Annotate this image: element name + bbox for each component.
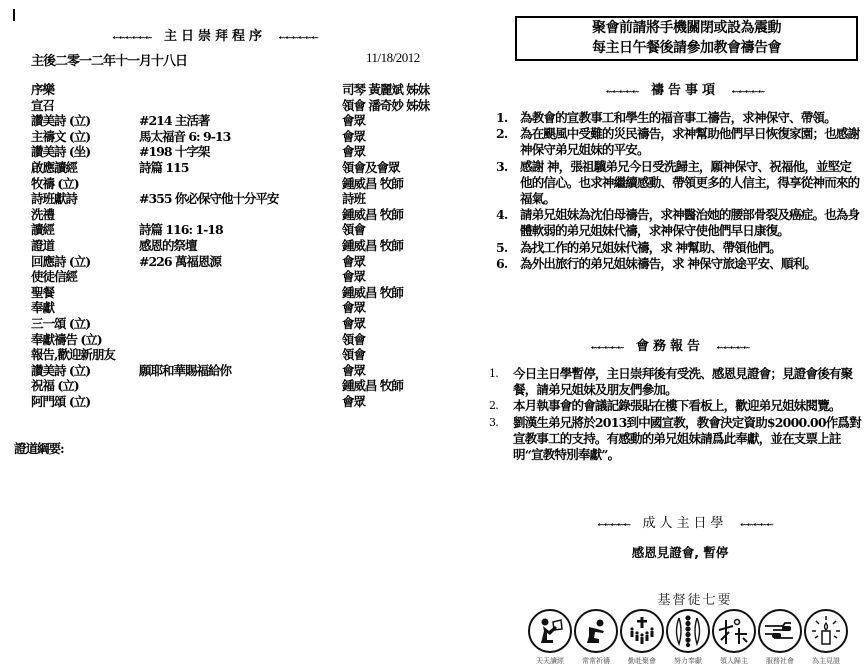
program-row: 奉獻會眾	[31, 300, 451, 316]
program-item: 證道	[31, 238, 54, 254]
item-text: 為找工作的弟兄姐妹代禱，求 神幫助、帶領他們。	[520, 240, 781, 255]
ornament-right: ⇜⇜⇜⇜⇜⇜	[279, 35, 318, 42]
worship-order-title: 主日崇拜程序	[164, 29, 266, 44]
program-leader: 鍾威昌 牧師	[342, 176, 403, 192]
seven-essentials-icons	[528, 609, 848, 653]
program-leader: 鍾威昌 牧師	[342, 378, 403, 394]
item-number: 2.	[489, 398, 498, 414]
church-affairs-list: 1.今日主日學暫停，主日崇拜後有受洗、感恩見證會；見證會後有聚餐，請弟兄姐妹及朋…	[489, 366, 861, 463]
worship-order-heading: ⇜⇜⇜⇜⇜⇜ 主日崇拜程序 ⇜⇜⇜⇜⇜⇜	[85, 25, 345, 44]
program-leader: 會眾	[342, 113, 365, 129]
program-item: 讚美詩 (立)	[31, 363, 90, 379]
program-item: 聖餐	[31, 285, 54, 301]
prayer-item: 4.請弟兄姐妹為沈伯母禱告，求神醫治她的腰部骨裂及癌症。也為身體軟弱的弟兄姐妹代…	[496, 207, 860, 239]
program-detail: #214 主活著	[139, 113, 209, 129]
evangelism-icon	[712, 609, 756, 653]
worship-program: 序樂司琴 黃麗斌 姊妹 宣召領會 潘奇妙 姊妹 讚美詩 (立)#214 主活著會…	[31, 82, 451, 409]
program-leader: 會眾	[342, 363, 365, 379]
program-item: 啟應讀經	[31, 160, 77, 176]
sermon-notes-label: 證道綱要:	[14, 439, 64, 457]
program-leader: 詩班	[342, 191, 365, 207]
program-leader: 領會	[342, 222, 365, 238]
program-item: 牧禱 (立)	[31, 176, 79, 192]
program-leader: 司琴 黃麗斌 姊妹	[342, 82, 429, 98]
program-item: 奉獻	[31, 300, 54, 316]
text-cursor	[13, 9, 15, 21]
program-leader: 鍾威昌 牧師	[342, 207, 403, 223]
program-row: 詩班獻詩#355 你必保守他十分平安詩班	[31, 191, 451, 207]
item-number: 1.	[496, 110, 507, 126]
item-text: 今日主日學暫停，主日崇拜後有受洗、感恩見證會；見證會後有聚餐，請弟兄姐妹及朋友們…	[513, 366, 852, 397]
program-row: 回應詩 (立)#226 萬福恩源會眾	[31, 254, 451, 270]
item-number: 3.	[496, 159, 507, 175]
program-row: 三一頌 (立)會眾	[31, 316, 451, 332]
program-detail: #355 你必保守他十分平安	[139, 191, 278, 207]
ornament-left: ⇜⇜⇜⇜⇜	[597, 522, 630, 529]
helping-hands-icon	[758, 609, 802, 653]
caption-evangelism: 領人歸主	[712, 656, 756, 666]
caption-praying: 常常祈禱	[574, 656, 618, 666]
program-row: 讚美詩 (坐)#198 十字架會眾	[31, 144, 451, 160]
item-text: 感謝 神，張祖驥弟兄今日受洗歸主，願神保守、祝福他，並堅定他的信心。也求神繼續感…	[520, 159, 859, 206]
ornament-left: ⇜⇜⇜⇜⇜	[591, 345, 624, 352]
item-number: 4.	[496, 207, 507, 223]
program-leader: 領會及會眾	[342, 160, 400, 176]
program-leader: 領會	[342, 347, 365, 363]
program-row: 聖餐鍾威昌 牧師	[31, 285, 451, 301]
date-chinese: 主後二零一二年十一月十八日	[31, 50, 187, 69]
program-row: 啟應讀經詩篇 115領會及會眾	[31, 160, 451, 176]
announcement-item: 3.劉漢生弟兄將於2013到中國宣教，教會決定資助$2000.00作爲對宣教事工…	[489, 415, 861, 464]
program-leader: 會眾	[342, 300, 365, 316]
caption-service: 服務社會	[758, 656, 802, 666]
notice-line-2: 每主日午餐後請參加教會禱告會	[517, 38, 856, 58]
seven-essentials-captions: 天天讀經 常常祈禱 勤赴聚會 努力奉獻 領人歸主 服務社會 為主見證	[528, 656, 848, 666]
program-item: 祝福 (立)	[31, 378, 79, 394]
program-row: 序樂司琴 黃麗斌 姊妹	[31, 82, 451, 98]
program-detail: 感恩的祭壇	[139, 238, 197, 254]
program-item: 讀經	[31, 222, 54, 238]
ornament-left: ⇜⇜⇜⇜⇜⇜	[112, 35, 151, 42]
program-item: 使徒信經	[31, 269, 77, 285]
program-row: 洗禮鍾威昌 牧師	[31, 207, 451, 223]
date: 11/18/2012	[366, 50, 420, 66]
program-row: 奉獻禱告 (立)領會	[31, 332, 451, 348]
item-number: 6.	[496, 256, 507, 272]
notice-box: 聚會前請將手機關閉或設為震動 每主日午餐後請參加教會禱告會	[515, 16, 858, 61]
item-number: 1.	[489, 366, 498, 382]
program-leader: 領會	[342, 332, 365, 348]
adult-school-heading: ⇜⇜⇜⇜⇜ 成人主日學 ⇜⇜⇜⇜⇜	[540, 512, 830, 531]
program-row: 阿門頌 (立)會眾	[31, 394, 451, 410]
program-leader: 鍾威昌 牧師	[342, 238, 403, 254]
program-leader: 會眾	[342, 394, 365, 410]
church-affairs-heading: ⇜⇜⇜⇜⇜ 會務報告 ⇜⇜⇜⇜⇜	[520, 335, 820, 354]
program-item: 主禱文 (立)	[31, 129, 90, 145]
prayer-item: 1.為教會的宣教事工和學生的福音事工禱告，求神保守、帶領。	[496, 110, 860, 126]
ornament-left: ⇜⇜⇜⇜⇜	[606, 89, 639, 96]
program-row: 使徒信經會眾	[31, 269, 451, 285]
ornament-right: ⇜⇜⇜⇜⇜	[732, 89, 765, 96]
item-text: 請弟兄姐妹為沈伯母禱告，求神醫治她的腰部骨裂及癌症。也為身體軟弱的弟兄姐妹代禱，…	[520, 207, 859, 238]
program-item: 回應詩 (立)	[31, 254, 90, 270]
program-item: 奉獻禱告 (立)	[31, 332, 102, 348]
caption-offering: 努力奉獻	[666, 656, 710, 666]
church-affairs-title: 會務報告	[636, 339, 704, 354]
program-row: 宣召領會 潘奇妙 姊妹	[31, 98, 451, 114]
program-item: 宣召	[31, 98, 54, 114]
item-text: 為教會的宣教事工和學生的福音事工禱告，求神保守、帶領。	[520, 110, 836, 125]
prayer-item: 2.為在颶風中受難的災民禱告，求神幫助他們早日恢復家園；也感謝 神保守弟兄姐妹的…	[496, 126, 860, 158]
program-row: 主禱文 (立)馬太福音 6: 9-13會眾	[31, 129, 451, 145]
item-text: 為外出旅行的弟兄姐妹禱告，求 神保守旅途平安、順利。	[520, 256, 816, 271]
program-leader: 會眾	[342, 144, 365, 160]
program-detail: 詩篇 115	[139, 160, 188, 176]
caption-reading-bible: 天天讀經	[528, 656, 572, 666]
prayer-list: 1.為教會的宣教事工和學生的福音事工禱告，求神保守、帶領。 2.為在颶風中受難的…	[496, 110, 860, 272]
item-number: 5.	[496, 240, 507, 256]
program-leader: 領會 潘奇妙 姊妹	[342, 98, 429, 114]
candle-witness-icon	[804, 609, 848, 653]
program-row: 證道感恩的祭壇鍾威昌 牧師	[31, 238, 451, 254]
program-detail: #226 萬福恩源	[139, 254, 221, 270]
program-row: 讀經詩篇 116: 1-18領會	[31, 222, 451, 238]
prayer-item: 3.感謝 神，張祖驥弟兄今日受洗歸主，願神保守、祝福他，並堅定他的信心。也求神繼…	[496, 159, 860, 208]
item-number: 3.	[489, 415, 498, 431]
program-row: 讚美詩 (立)願耶和華賜福給你會眾	[31, 363, 451, 379]
program-item: 洗禮	[31, 207, 54, 223]
prayer-item: 6.為外出旅行的弟兄姐妹禱告，求 神保守旅途平安、順利。	[496, 256, 860, 272]
caption-church-gathering: 勤赴聚會	[620, 656, 664, 666]
program-leader: 會眾	[342, 269, 365, 285]
program-detail: #198 十字架	[139, 144, 209, 160]
announcement-item: 1.今日主日學暫停，主日崇拜後有受洗、感恩見證會；見證會後有聚餐，請弟兄姐妹及朋…	[489, 366, 861, 398]
announcement-item: 2.本月執事會的會議記錄張貼在樓下看板上，歡迎弟兄姐妹閱覽。	[489, 398, 861, 414]
prayer-item: 5.為找工作的弟兄姐妹代禱，求 神幫助、帶領他們。	[496, 240, 860, 256]
program-item: 報告,歡迎新朋友	[31, 347, 115, 363]
program-leader: 會眾	[342, 129, 365, 145]
notice-line-1: 聚會前請將手機關閉或設為震動	[517, 18, 856, 38]
program-row: 牧禱 (立)鍾威昌 牧師	[31, 176, 451, 192]
program-item: 讚美詩 (立)	[31, 113, 90, 129]
adult-school-title: 成人主日學	[642, 516, 727, 531]
program-row: 祝福 (立)鍾威昌 牧師	[31, 378, 451, 394]
program-detail: 詩篇 116: 1-18	[139, 222, 223, 238]
program-detail: 願耶和華賜福給你	[139, 363, 231, 379]
item-text: 劉漢生弟兄將於2013到中國宣教，教會決定資助$2000.00作爲對宣教事工的支…	[513, 415, 861, 462]
program-row: 讚美詩 (立)#214 主活著會眾	[31, 113, 451, 129]
praying-icon	[574, 609, 618, 653]
program-item: 三一頌 (立)	[31, 316, 90, 332]
program-item: 阿門頌 (立)	[31, 394, 90, 410]
caption-witness: 為主見證	[804, 656, 848, 666]
seven-essentials-title: 基督徒七要	[620, 589, 770, 608]
fish-offering-icon	[666, 609, 710, 653]
reading-bible-icon	[528, 609, 572, 653]
item-number: 2.	[496, 126, 507, 142]
program-row: 報告,歡迎新朋友領會	[31, 347, 451, 363]
program-detail: 馬太福音 6: 9-13	[139, 129, 230, 145]
program-item: 詩班獻詩	[31, 191, 77, 207]
prayer-heading: ⇜⇜⇜⇜⇜ 禱告事項 ⇜⇜⇜⇜⇜	[520, 79, 850, 98]
program-item: 序樂	[31, 82, 54, 98]
program-leader: 鍾威昌 牧師	[342, 285, 403, 301]
item-text: 本月執事會的會議記錄張貼在樓下看板上，歡迎弟兄姐妹閱覽。	[513, 398, 841, 413]
ornament-right: ⇜⇜⇜⇜⇜	[717, 345, 750, 352]
church-gathering-icon	[620, 609, 664, 653]
adult-school-status: 感恩見證會, 暫停	[600, 543, 760, 561]
program-item: 讚美詩 (坐)	[31, 144, 90, 160]
prayer-title: 禱告事項	[651, 83, 719, 98]
item-text: 為在颶風中受難的災民禱告，求神幫助他們早日恢復家園；也感謝 神保守弟兄姐妹的平安…	[520, 126, 859, 157]
ornament-right: ⇜⇜⇜⇜⇜	[740, 522, 773, 529]
program-leader: 會眾	[342, 316, 365, 332]
program-leader: 會眾	[342, 254, 365, 270]
